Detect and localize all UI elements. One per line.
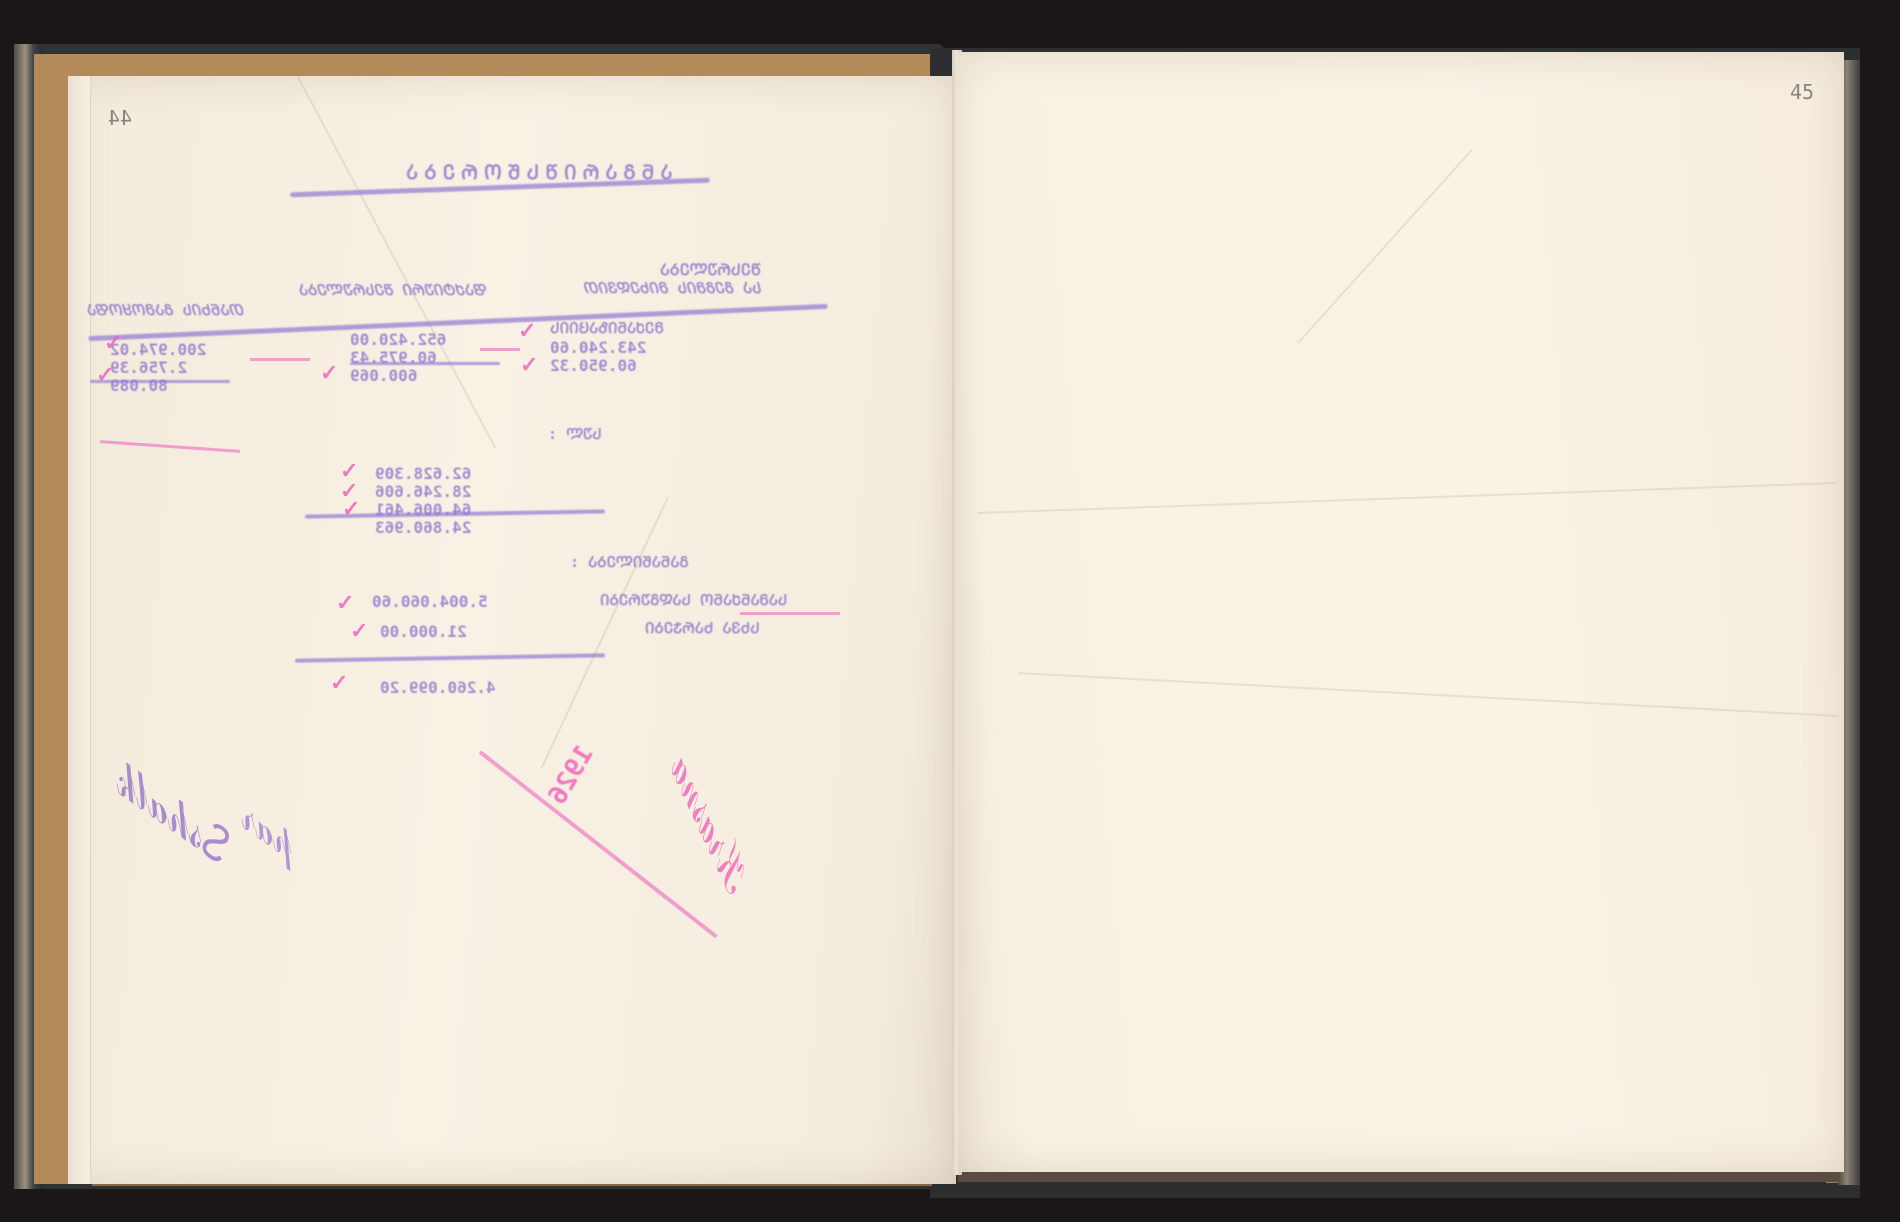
check-mark: ✓ [104,330,122,356]
paper-crease [978,482,1838,514]
page-number-left: 44 [108,106,132,130]
check-mark: ✓ [320,360,338,386]
offset-cell: 60.950.32 [550,356,637,375]
paper-crease [1018,672,1837,717]
offset-summary-label: ᲡᲐᲛᲐᲜᲥᲐᲜᲝ ᲡᲐᲓᲒᲣᲠᲔᲑᲘ [600,590,787,610]
check-mark: ✓ [336,590,354,616]
paper-crease [297,77,496,449]
check-mark: ✓ [342,496,360,522]
offset-cell: 2.756.39 [110,358,187,377]
offset-cell: 200.974.02 [110,340,206,359]
offset-section-label: ᲡᲣᲚ : [548,424,602,444]
pink-rule [250,358,310,361]
check-mark: ✓ [350,618,368,644]
pink-rule [480,348,520,351]
offset-header-right-sub: ᲡᲐ ᲒᲔᲒᲛᲘᲡ ᲛᲘᲮᲔᲓᲕᲘᲗ [585,278,762,298]
offset-list-value: 24.860.963 [375,518,471,537]
paper-crease [1297,149,1472,344]
offset-summary-value: 21.000.00 [380,622,467,641]
offset-cell: 243.240.60 [550,338,646,357]
check-mark: ✓ [518,318,536,344]
page-stack-edge-right [958,1172,1838,1182]
offset-col-header: ᲤᲐᲥᲢᲘᲣᲠᲘ ᲨᲔᲡᲠᲣᲚᲔᲑᲐ [300,280,488,300]
check-mark: ✓ [96,362,114,388]
offset-summary-label: ᲒᲐᲜᲐᲬᲘᲚᲔᲑᲐ : [570,552,689,572]
offset-row-label: ᲛᲔᲥᲐᲜᲘᲖᲐᲪᲘᲘᲡ [550,318,664,338]
pink-rule [740,612,840,615]
offset-summary-label: ᲡᲮᲕᲐ ᲮᲐᲠᲯᲔᲑᲘ [645,618,760,638]
offset-cell: 652.420.00 [350,330,446,349]
check-mark: ✓ [520,352,538,378]
offset-cell: 80.089 [110,376,168,395]
page-number-right: 45 [1790,80,1814,104]
offset-list-value: 62.628.309 [375,464,471,483]
offset-total-value: 4.260.099.20 [380,678,496,697]
offset-col-header: ᲗᲐᲜᲮᲘᲡ ᲒᲐᲛᲝᲧᲝᲤᲐ [88,300,245,320]
offset-summary-value: 5.004.060.60 [372,592,488,611]
offset-list-value: 28.246.606 [375,482,471,501]
offset-cell: 600.069 [350,366,417,385]
check-mark: ✓ [330,670,348,696]
offset-header-right: ᲨᲔᲡᲠᲣᲚᲔᲑᲐ [660,258,761,280]
offset-subtotal-rule [350,362,500,365]
left-page [68,76,956,1184]
right-page [958,52,1844,1172]
